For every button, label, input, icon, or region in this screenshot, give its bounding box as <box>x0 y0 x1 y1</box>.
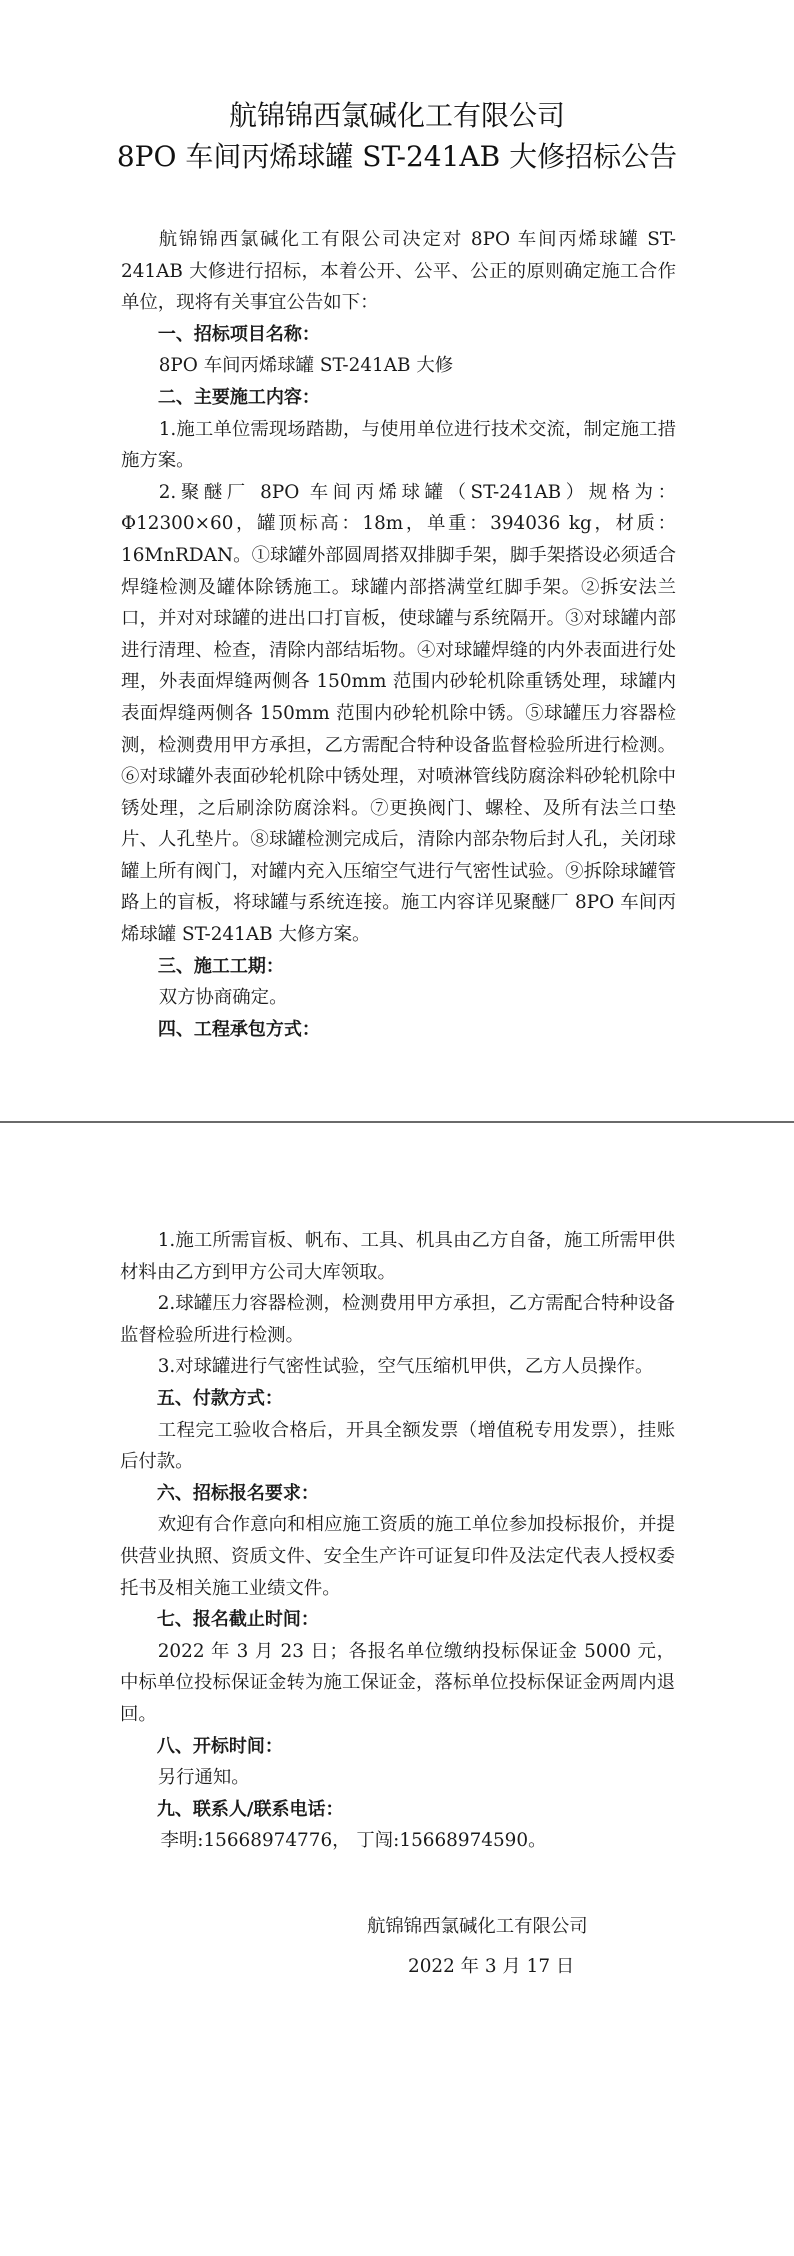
section-5-paragraph: 工程完工验收合格后，开具全额发票（增值税专用发票），挂账后付款。 <box>120 1415 675 1478</box>
section-7-paragraph: 2022 年 3 月 23 日；各报名单位缴纳投标保证金 5000 元，中标单位… <box>120 1636 675 1731</box>
section-heading-2: 二、主要施工内容： <box>121 382 676 414</box>
document-page-2: 1.施工所需盲板、帆布、工具、机具由乙方自备，施工所需甲供材料由乙方到甲方公司大… <box>0 1123 794 2256</box>
section-8-paragraph: 另行通知。 <box>120 1762 675 1794</box>
section-4-item-3: 3.对球罐进行气密性试验，空气压缩机甲供，乙方人员操作。 <box>120 1351 675 1383</box>
section-2-item-1: 1.施工单位需现场踏勘，与使用单位进行技术交流，制定施工措施方案。 <box>121 414 676 477</box>
section-heading-3: 三、施工工期： <box>121 951 676 983</box>
section-heading-9: 九、联系人/联系电话： <box>120 1794 675 1826</box>
section-2-item-2: 2.聚醚厂 8PO 车间丙烯球罐（ST-241AB）规格为：Φ12300×60，… <box>121 477 676 951</box>
section-6-paragraph: 欢迎有合作意向和相应施工资质的施工单位参加投标报价，并提供营业执照、资质文件、安… <box>120 1509 675 1604</box>
section-4-item-1: 1.施工所需盲板、帆布、工具、机具由乙方自备，施工所需甲供材料由乙方到甲方公司大… <box>120 1225 675 1288</box>
section-4-item-2: 2.球罐压力容器检测，检测费用甲方承担，乙方需配合特种设备监督检验所进行检测。 <box>120 1288 675 1351</box>
section-heading-1: 一、招标项目名称： <box>121 319 676 351</box>
section-heading-6: 六、招标报名要求： <box>120 1478 675 1510</box>
intro-paragraph: 航锦锦西氯碱化工有限公司决定对 8PO 车间丙烯球罐 ST-241AB 大修进行… <box>121 224 676 319</box>
document-page-1: 航锦锦西氯碱化工有限公司 8PO 车间丙烯球罐 ST-241AB 大修招标公告 … <box>0 0 794 1121</box>
section-heading-8: 八、开标时间： <box>120 1731 675 1763</box>
document-title-notice: 8PO 车间丙烯球罐 ST-241AB 大修招标公告 <box>0 137 794 177</box>
document-body-page-2: 1.施工所需盲板、帆布、工具、机具由乙方自备，施工所需甲供材料由乙方到甲方公司大… <box>120 1225 675 1857</box>
signature-company: 航锦锦西氯碱化工有限公司 <box>367 1911 588 1942</box>
section-1-paragraph: 8PO 车间丙烯球罐 ST-241AB 大修 <box>121 350 676 382</box>
document-title-company: 航锦锦西氯碱化工有限公司 <box>0 96 794 136</box>
signature-date: 2022 年 3 月 17 日 <box>408 1951 574 1982</box>
contact-info: 李明:15668974776， 丁闯:15668974590。 <box>120 1825 675 1857</box>
section-heading-4: 四、工程承包方式： <box>121 1014 676 1046</box>
section-heading-5: 五、付款方式： <box>120 1383 675 1415</box>
section-heading-7: 七、报名截止时间： <box>120 1604 675 1636</box>
document-body-page-1: 航锦锦西氯碱化工有限公司决定对 8PO 车间丙烯球罐 ST-241AB 大修进行… <box>121 224 676 1045</box>
section-3-paragraph: 双方协商确定。 <box>121 982 676 1014</box>
